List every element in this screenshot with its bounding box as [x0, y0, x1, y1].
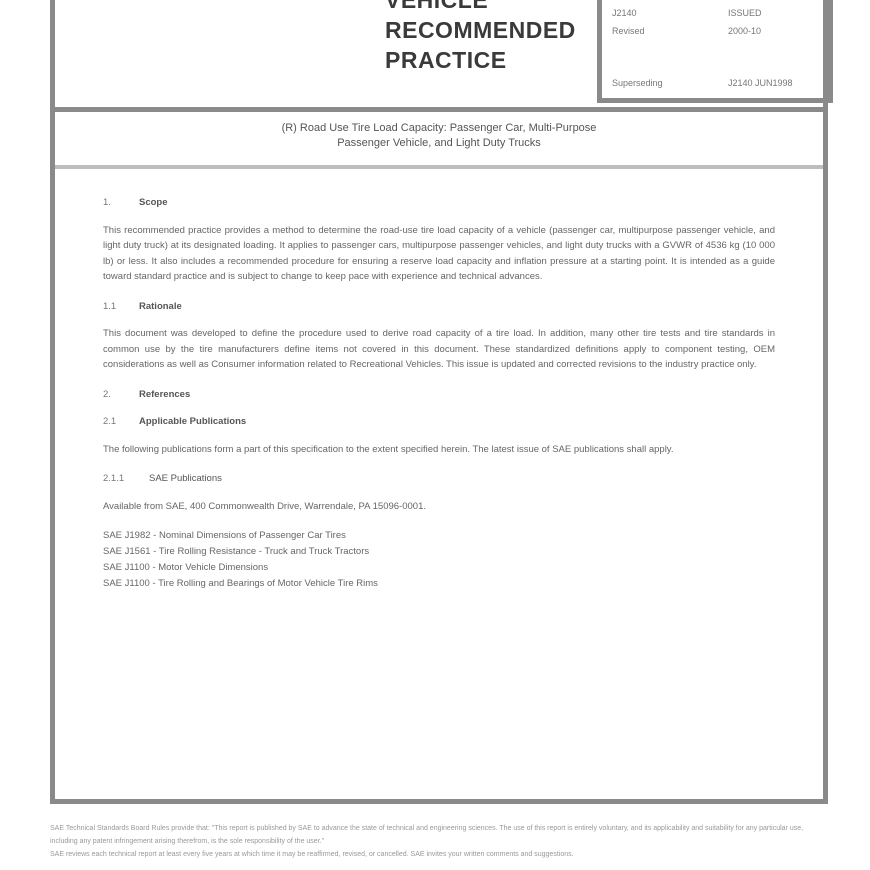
section-heading-references: 2. References — [103, 387, 775, 403]
reference-list: SAE J1982 - Nominal Dimensions of Passen… — [103, 528, 775, 592]
section-title: Rationale — [139, 299, 182, 315]
meta-value: J2140 JUN1998 — [728, 78, 818, 88]
section-title: Scope — [139, 195, 168, 211]
document-type-heading: VEHICLE RECOMMENDED PRACTICE — [385, 0, 576, 75]
meta-row: Revised 2000-10 — [612, 26, 818, 36]
meta-row: Superseding J2140 JUN1998 — [612, 78, 818, 88]
reference-item: SAE J1100 - Motor Vehicle Dimensions — [103, 560, 775, 576]
footer-text: SAE Technical Standards Board Rules prov… — [50, 822, 830, 848]
section-number: 1. — [103, 195, 139, 211]
doc-type-line: PRACTICE — [385, 45, 576, 75]
document-body: 1. Scope This recommended practice provi… — [103, 195, 775, 606]
section-title: SAE Publications — [149, 471, 222, 487]
meta-label: J2140 — [612, 8, 637, 18]
meta-value: ISSUED — [728, 8, 818, 18]
document-title-box: (R) Road Use Tire Load Capacity: Passeng… — [55, 107, 823, 169]
section-title: Applicable Publications — [139, 414, 246, 430]
title-line: (R) Road Use Tire Load Capacity: Passeng… — [185, 121, 693, 136]
section-heading-applicable-publications: 2.1 Applicable Publications — [103, 414, 775, 430]
section-number: 2. — [103, 387, 139, 403]
doc-type-line: VEHICLE — [385, 0, 576, 15]
section-heading-rationale: 1.1 Rationale — [103, 299, 775, 315]
doc-type-line: RECOMMENDED — [385, 15, 576, 45]
section-number: 2.1.1 — [103, 471, 149, 487]
meta-label: Revised — [612, 26, 645, 36]
document-header: VEHICLE RECOMMENDED PRACTICE J2140 ISSUE… — [55, 0, 823, 112]
footer-text: SAE reviews each technical report at lea… — [50, 848, 830, 861]
title-line: Passenger Vehicle, and Light Duty Trucks — [185, 136, 693, 151]
applicable-paragraph: The following publications form a part o… — [103, 442, 775, 458]
meta-label: Superseding — [612, 78, 663, 88]
section-title: References — [139, 387, 190, 403]
availability-text: Available from SAE, 400 Commonwealth Dri… — [103, 499, 775, 515]
meta-value: 2000-10 — [728, 26, 818, 36]
document-meta-box: J2140 ISSUED Revised 2000-10 Superseding… — [597, 0, 833, 103]
reference-item: SAE J1561 - Tire Rolling Resistance - Tr… — [103, 544, 775, 560]
page-footer: SAE Technical Standards Board Rules prov… — [50, 822, 830, 861]
reference-item: SAE J1982 - Nominal Dimensions of Passen… — [103, 528, 775, 544]
section-heading-scope: 1. Scope — [103, 195, 775, 211]
scope-paragraph: This recommended practice provides a met… — [103, 223, 775, 285]
section-number: 1.1 — [103, 299, 139, 315]
reference-item: SAE J1100 - Tire Rolling and Bearings of… — [103, 576, 775, 592]
section-heading-sae-publications: 2.1.1 SAE Publications — [103, 471, 775, 487]
rationale-paragraph: This document was developed to define th… — [103, 326, 775, 373]
section-number: 2.1 — [103, 414, 139, 430]
document-page: VEHICLE RECOMMENDED PRACTICE J2140 ISSUE… — [50, 0, 828, 804]
document-title: (R) Road Use Tire Load Capacity: Passeng… — [55, 121, 823, 151]
meta-row: J2140 ISSUED — [612, 8, 818, 18]
